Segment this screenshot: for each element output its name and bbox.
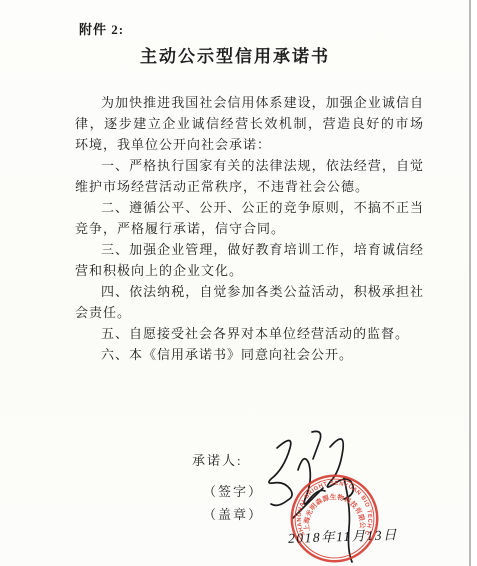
paragraph-item-1: 一、严格执行国家有关的法律法规，依法经营，自觉维护市场经营活动正常秩序，不违背社… xyxy=(75,155,424,197)
attachment-label: 附件 2: xyxy=(79,19,124,38)
scanned-document-page: 附件 2: 主动公示型信用承诺书 为加快推进我国社会信用体系建设，加强企业诚信自… xyxy=(0,0,477,566)
document-title: 主动公示型信用承诺书 xyxy=(0,42,470,67)
company-seal-stamp: SHANGHAI BRIGHT SENYUAN BIO TECH CO., LT… xyxy=(287,471,382,566)
handwritten-date: 2018年11月13日 xyxy=(288,523,399,547)
promisor-label: 承诺人: xyxy=(192,450,243,469)
paragraph-item-2: 二、遵循公平、公开、公正的竞争原则，不搞不正当竞争，严格履行承诺，信守合同。 xyxy=(75,197,424,239)
paragraph-intro: 为加快推进我国社会信用体系建设，加强企业诚信自律，逐步建立企业诚信经营长效机制，… xyxy=(75,92,424,155)
document-body: 为加快推进我国社会信用体系建设，加强企业诚信自律，逐步建立企业诚信经营长效机制，… xyxy=(75,92,424,365)
paragraph-item-6: 六、本《信用承诺书》同意向社会公开。 xyxy=(75,344,424,365)
scanner-edge-strip xyxy=(471,0,477,566)
paragraph-item-5: 五、自愿接受社会各界对本单位经营活动的监督。 xyxy=(75,323,424,344)
paragraph-item-4: 四、依法纳税，自觉参加各类公益活动，积极承担社会责任。 xyxy=(75,281,424,323)
paragraph-item-3: 三、加强企业管理，做好教育培训工作，培育诚信经营和积极向上的企业文化。 xyxy=(75,239,424,281)
